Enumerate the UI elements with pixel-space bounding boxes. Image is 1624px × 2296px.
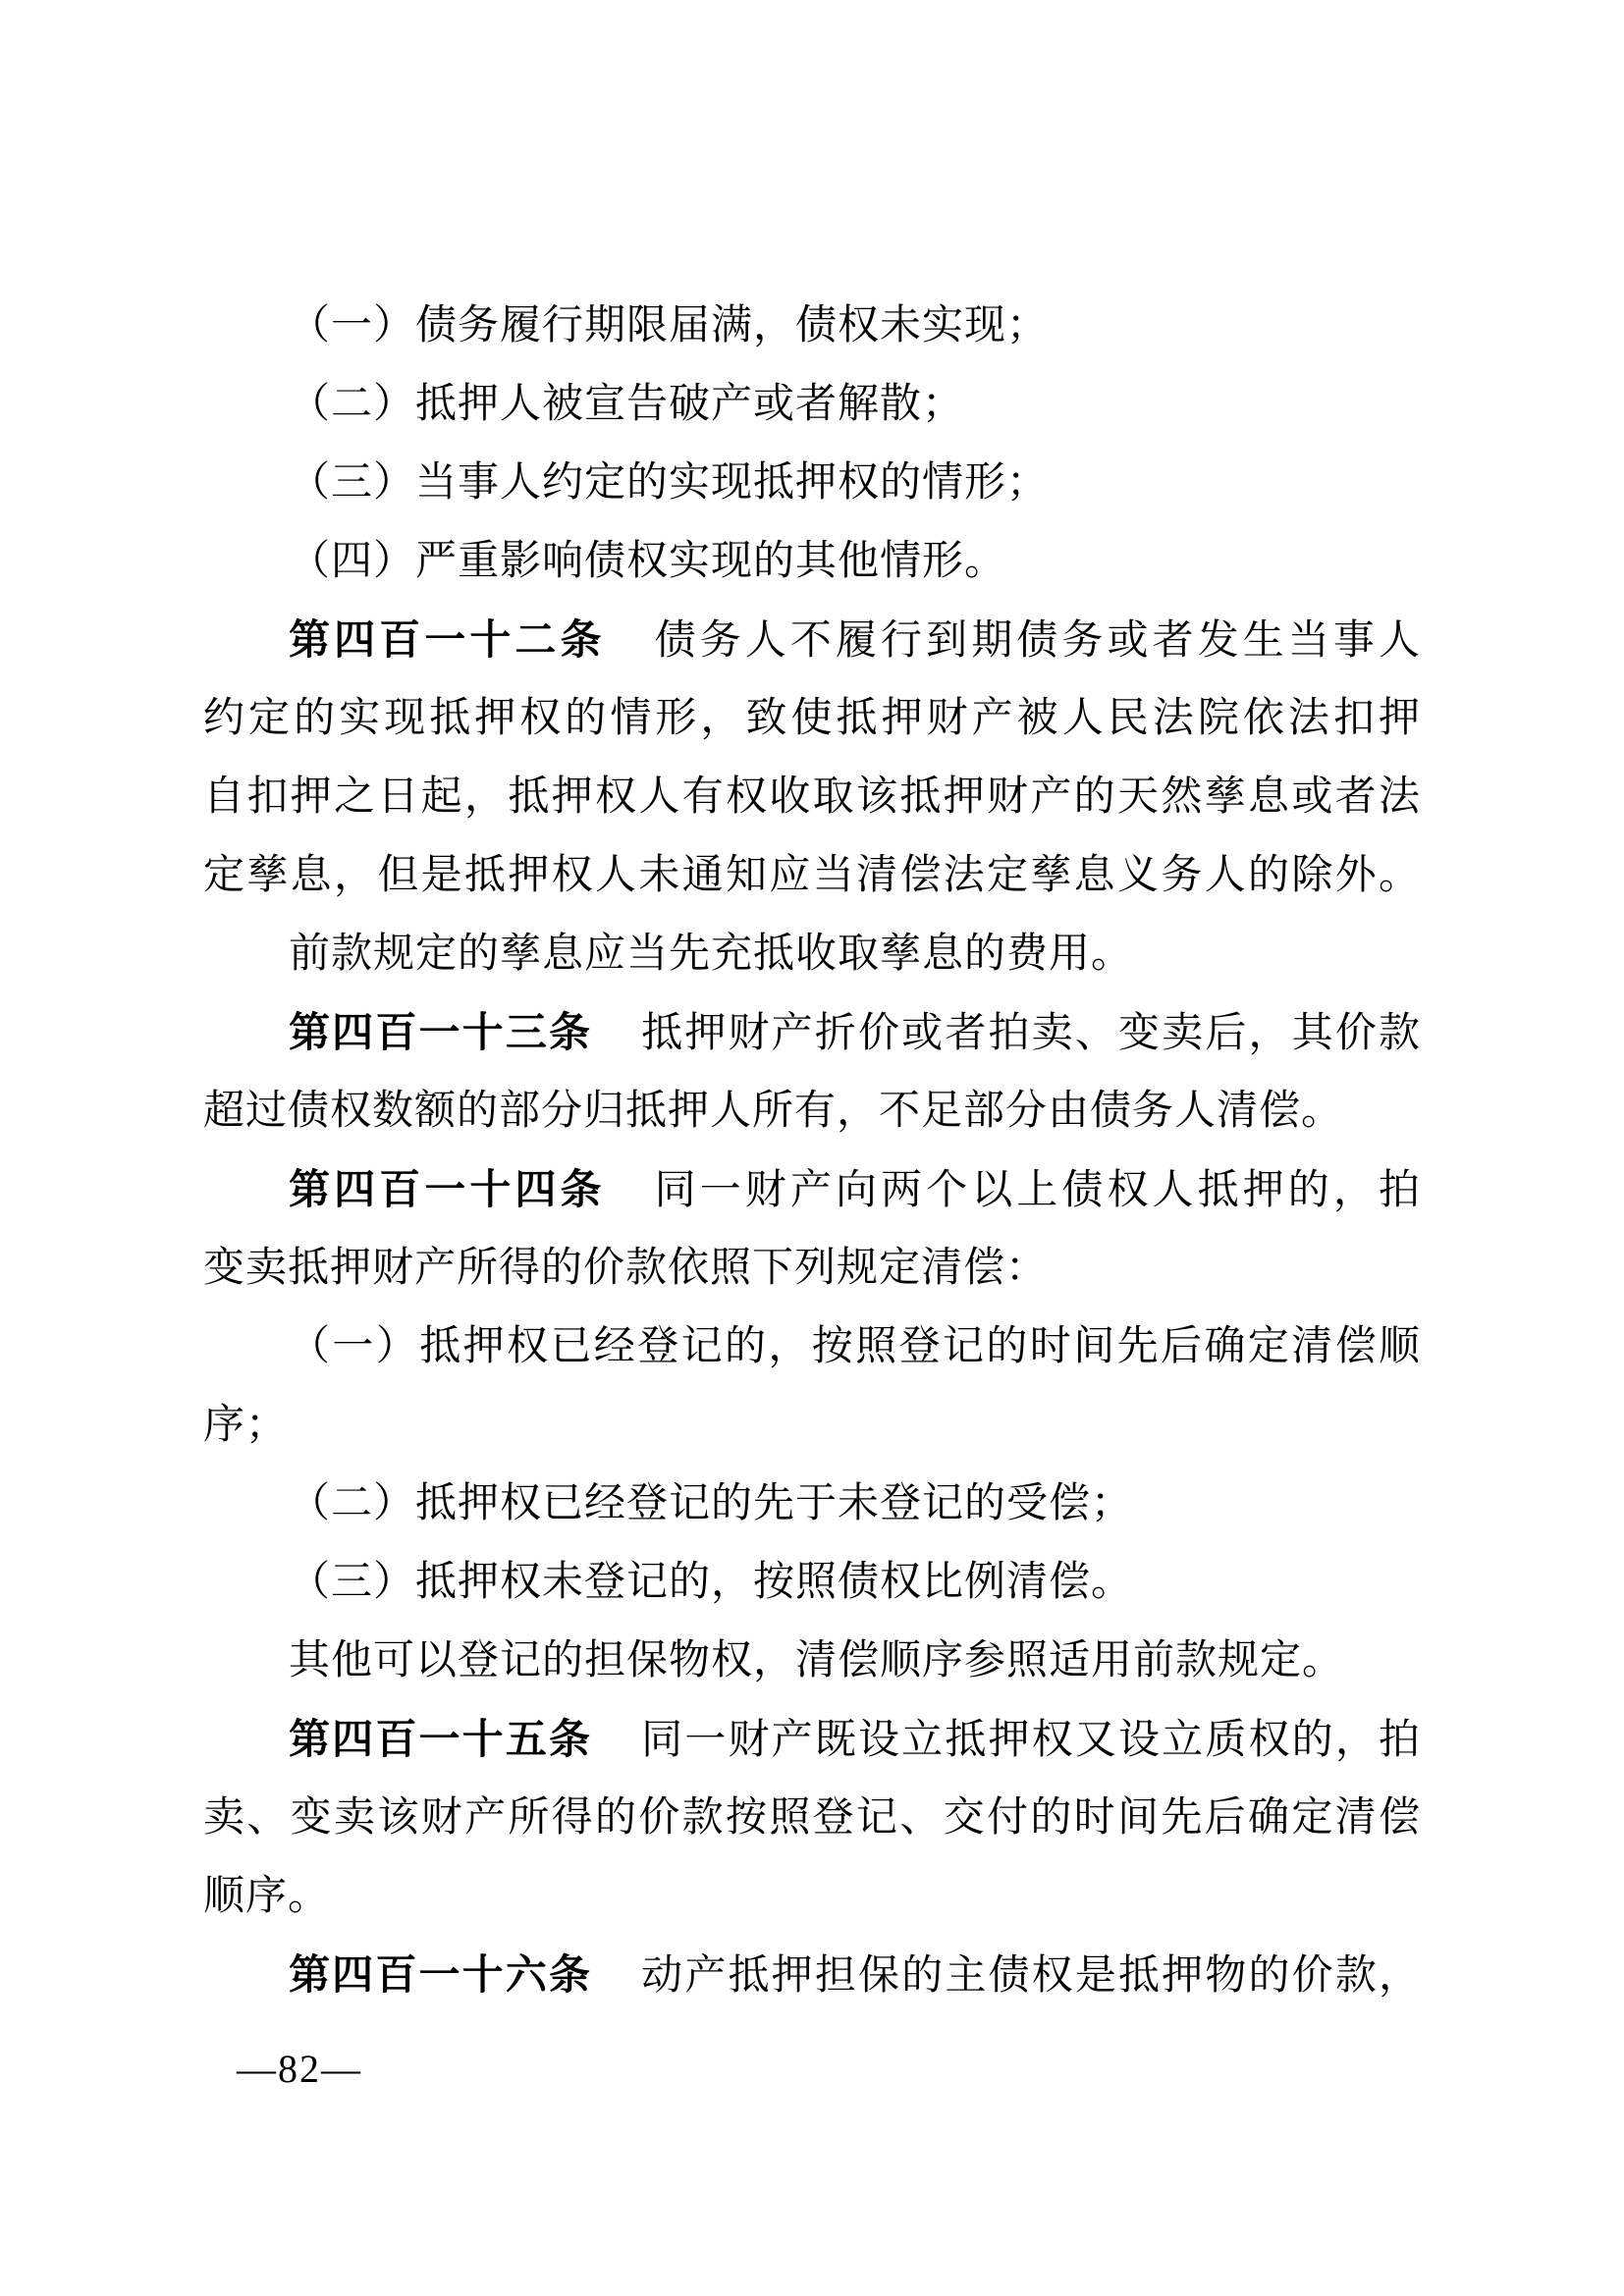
line-text: 超过债权数额的部分归抵押人所有，不足部分由债务人清偿。 [203,1089,1343,1134]
article-number: 第四百一十三条 [289,1009,592,1055]
clause-item-line: （三）当事人约定的实现抵押权的情形； [203,444,1421,522]
line-text: 变卖抵押财产所得的价款依照下列规定清偿： [203,1246,1048,1291]
line-text: 债务人不履行到期债务或者发生当事人 [655,618,1421,664]
body-line: 定孳息，但是抵押权人未通知应当清偿法定孳息义务人的除外。 [203,836,1421,915]
line-text: （二）抵押权已经登记的先于未登记的受偿； [289,1481,1133,1526]
line-text: （三）抵押权未登记的，按照债权比例清偿。 [289,1560,1133,1605]
article-start-line: 第四百一十四条同一财产向两个以上债权人抵押的，拍卖、 [203,1150,1421,1229]
article-number: 第四百一十六条 [289,1951,592,1998]
article-number: 第四百一十四条 [289,1166,606,1212]
line-text: （一）债务履行期限届满，债权未实现； [289,303,1049,348]
article-number: 第四百一十二条 [289,616,606,663]
clause-item-line: （二）抵押权已经登记的先于未登记的受偿； [203,1465,1421,1543]
body-line: 其他可以登记的担保物权，清偿顺序参照适用前款规定。 [203,1622,1421,1700]
line-text: 序； [203,1403,288,1448]
document-body: （一）债务履行期限届满，债权未实现； （二）抵押人被宣告破产或者解散； （三）当… [203,287,1421,2014]
article-start-line: 第四百一十二条债务人不履行到期债务或者发生当事人 [203,601,1421,679]
article-number: 第四百一十五条 [289,1716,592,1762]
line-text: 约定的实现抵押权的情形，致使抵押财产被人民法院依法扣押的， [203,696,1421,758]
line-text: 顺序。 [203,1874,330,1919]
line-text: 定孳息，但是抵押权人未通知应当清偿法定孳息义务人的除外。 [203,853,1421,898]
body-line: 超过债权数额的部分归抵押人所有，不足部分由债务人清偿。 [203,1072,1421,1150]
line-text: 同一财产既设立抵押权又设立质权的，拍 [641,1718,1421,1763]
article-start-line: 第四百一十三条抵押财产折价或者拍卖、变卖后，其价款 [203,993,1421,1072]
clause-item-line: （三）抵押权未登记的，按照债权比例清偿。 [203,1543,1421,1622]
line-text: （四）严重影响债权实现的其他情形。 [289,539,1006,584]
body-line: 序； [203,1386,1421,1465]
body-line: 卖、变卖该财产所得的价款按照登记、交付的时间先后确定清偿 [203,1779,1421,1857]
line-text: 动产抵押担保的主债权是抵押物的价款， [641,1953,1421,1999]
line-text: （二）抵押人被宣告破产或者解散； [289,382,964,427]
body-line: 约定的实现抵押权的情形，致使抵押财产被人民法院依法扣押的， [203,679,1421,758]
line-text: 自扣押之日起，抵押权人有权收取该抵押财产的天然孳息或者法 [203,774,1421,820]
clause-item-line: （二）抵押人被宣告破产或者解散； [203,365,1421,444]
line-text: （三）当事人约定的实现抵押权的情形； [289,460,1049,506]
body-line: 顺序。 [203,1857,1421,1936]
line-text: 卖、变卖该财产所得的价款按照登记、交付的时间先后确定清偿 [203,1795,1421,1841]
clause-item-line: （一）债务履行期限届满，债权未实现； [203,287,1421,365]
body-line: 变卖抵押财产所得的价款依照下列规定清偿： [203,1229,1421,1308]
line-text: 前款规定的孳息应当先充抵收取孳息的费用。 [289,932,1133,977]
article-start-line: 第四百一十五条同一财产既设立抵押权又设立质权的，拍 [203,1700,1421,1779]
clause-item-line: （四）严重影响债权实现的其他情形。 [203,522,1421,601]
body-line: 自扣押之日起，抵押权人有权收取该抵押财产的天然孳息或者法 [203,758,1421,836]
document-page: （一）债务履行期限届满，债权未实现； （二）抵押人被宣告破产或者解散； （三）当… [0,0,1624,2296]
line-text: 抵押财产折价或者拍卖、变卖后，其价款 [641,1011,1421,1056]
page-number: —82— [237,2046,362,2093]
article-start-line: 第四百一十六条动产抵押担保的主债权是抵押物的价款， [203,1936,1421,2014]
clause-item-line: （一）抵押权已经登记的，按照登记的时间先后确定清偿顺 [203,1308,1421,1386]
line-text: 其他可以登记的担保物权，清偿顺序参照适用前款规定。 [289,1638,1344,1683]
line-text: （一）抵押权已经登记的，按照登记的时间先后确定清偿顺 [289,1324,1421,1369]
body-line: 前款规定的孳息应当先充抵收取孳息的费用。 [203,915,1421,993]
